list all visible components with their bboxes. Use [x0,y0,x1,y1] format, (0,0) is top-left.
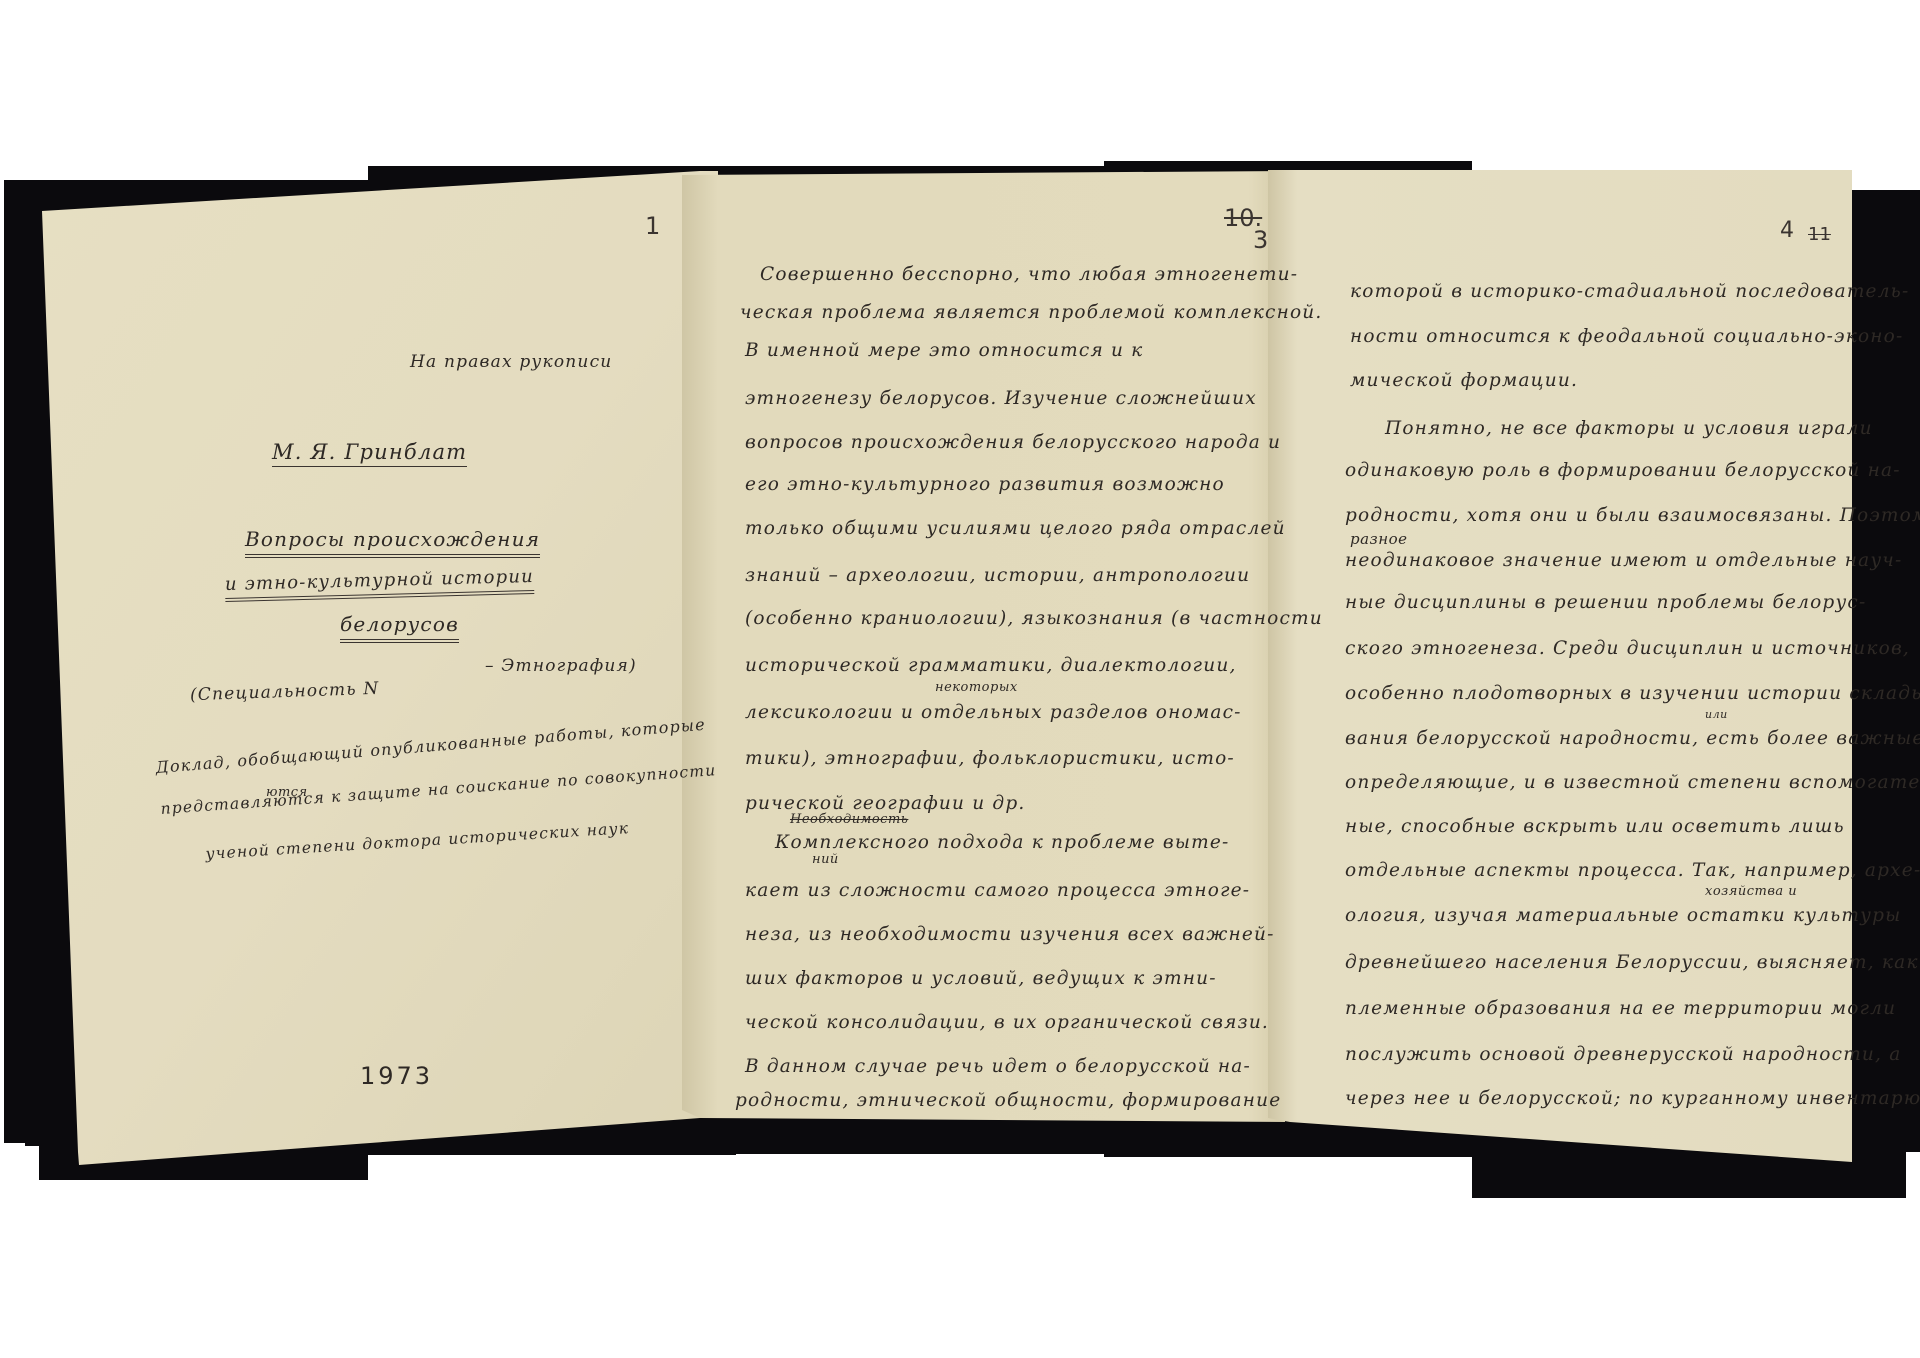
text-line: племенные образования на ее территории м… [1345,998,1896,1019]
manuscript-header: На правах рукописи [410,352,612,372]
text-line: ные, способные вскрыть или осветить лишь [1345,816,1845,837]
insertion-note: разное [1350,530,1408,548]
text-line: через нее и белорусской; по курганному и… [1345,1088,1920,1109]
text-line: рической географии и др. [745,793,1025,814]
insertion-note: хозяйства и [1705,884,1797,899]
text-line: родности, этнической общности, формирова… [735,1090,1281,1111]
text-line: Комплексного подхода к проблеме вытe- [775,832,1230,853]
page-number: 1 [645,212,660,240]
text-line: определяющие, и в известной степени вспо… [1345,772,1920,793]
text-line: тики), этнографии, фольклористики, исто- [745,748,1235,769]
text-line: ности относится к феодальной социально-э… [1350,326,1903,347]
specialty-field: – Этнография) [485,656,637,676]
text-line: исторической грамматики, диалектологии, [745,655,1237,676]
insertion-note-crossed: Необходимость [790,812,908,827]
insertion-note: некоторых [935,680,1018,695]
text-line: В именной мере это относится и к [745,340,1143,361]
text-line: В данном случае речь идет о белорусской … [745,1056,1251,1077]
text-line: ческая проблема является проблемой компл… [740,302,1323,323]
author-name: М. Я. Гринблат [272,440,467,467]
text-line: неодинаковое значение имеют и отдельные … [1345,550,1902,571]
text-line: этногенезу белорусов. Изучение сложнейши… [745,388,1257,409]
text-line: Совершенно бесспорно, что любая этногене… [760,264,1298,285]
text-line: ные дисциплины в решении проблемы белору… [1345,592,1866,613]
title-line-1: Вопросы происхождения [245,527,540,558]
text-line: послужить основой древнерусской народнос… [1345,1044,1901,1065]
left-page-paper [0,0,1920,1358]
text-line: знаний – археологии, истории, антрополог… [745,565,1250,586]
text-line: ших факторов и условий, ведущих к этни- [745,968,1217,989]
page-number: 4 [1780,218,1794,243]
text-line: родности, хотя они и были взаимосвязаны.… [1345,505,1920,526]
insertion-note: или [1705,708,1728,721]
text-line: которой в историко-стадиальной последова… [1350,281,1909,302]
text-line: отдельные аспекты процесса. Так, наприме… [1345,860,1920,881]
text-line: мической формации. [1350,370,1578,391]
text-line: (особенно краниологии), языкознания (в ч… [745,608,1323,629]
text-line: Понятно, не все факторы и условия играли [1385,418,1873,439]
text-line: лексикологии и отдельных разделов ономас… [745,702,1242,723]
text-line: ология, изучая материальные остатки куль… [1345,905,1901,926]
text-line: вопросов происхождения белорусского наро… [745,432,1281,453]
text-line: кает из сложности самого процесса этноге… [745,880,1250,901]
insertion-note: ний [812,852,839,867]
text-line: ческой консолидации, в их органической с… [745,1012,1269,1033]
year: 1973 [360,1062,433,1090]
text-line: одинаковую роль в формировании белорусск… [1345,460,1901,481]
page-number-crossed: 11 [1808,224,1831,245]
page-number: 3 [1253,226,1268,254]
title-line-3: белорусов [340,612,459,643]
text-line: вания белорусской народности, есть более… [1345,728,1920,749]
text-line: только общими усилиями целого ряда отрас… [745,518,1286,539]
text-line: ского этногенеза. Среди дисциплин и исто… [1345,638,1910,659]
text-line: древнейшего населения Белоруссии, выясня… [1345,952,1920,973]
text-line: особенно плодотворных в изучении истории… [1345,683,1920,704]
text-line: его этно-культурного развития возможно [745,474,1225,495]
text-line: неза, из необходимости изучения всех важ… [745,924,1275,945]
scan-stage: 1 На правах рукописи М. Я. Гринблат Вопр… [0,0,1920,1358]
